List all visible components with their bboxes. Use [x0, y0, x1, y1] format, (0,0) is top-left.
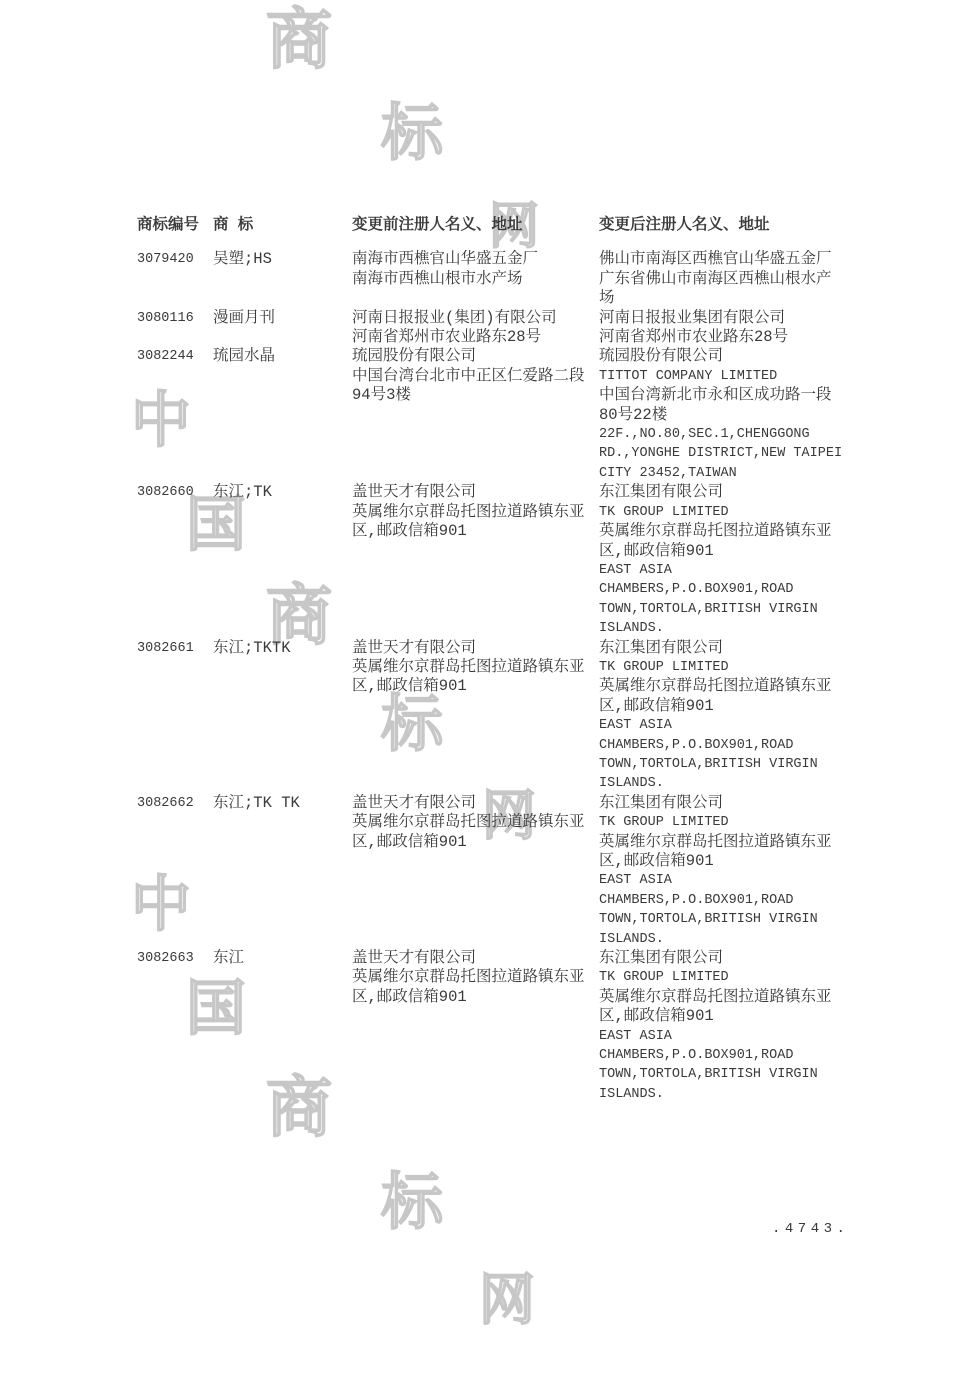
trademark-name: 吴塑;HS	[213, 250, 352, 269]
table-row: 3082663东江盖世天才有限公司英属维尔京群岛托图拉道路镇东亚区,邮政信箱90…	[137, 949, 834, 1104]
before-registrant-line: 区,邮政信箱901	[352, 677, 599, 696]
table-row: 3082244琉园水晶琉园股份有限公司中国台湾台北市中正区仁爱路二段94号3楼琉…	[137, 347, 834, 483]
watermark-biao: 标	[381, 107, 443, 169]
before-registrant-line: 盖世天才有限公司	[352, 949, 599, 968]
before-registrant-cell: 河南日报报业(集团)有限公司河南省郑州市农业路东28号	[352, 309, 599, 348]
after-registrant-line: EAST ASIA	[599, 1027, 834, 1046]
trademark-number-cell: 3079420	[137, 250, 213, 308]
after-registrant-line: 广东省佛山市南海区西樵山根水产	[599, 270, 834, 289]
before-registrant-cell: 盖世天才有限公司英属维尔京群岛托图拉道路镇东亚区,邮政信箱901	[352, 949, 599, 1104]
after-registrant-line: TOWN,TORTOLA,BRITISH VIRGIN	[599, 755, 834, 774]
after-registrant-line: 东江集团有限公司	[599, 949, 834, 968]
after-registrant-cell: 东江集团有限公司TK GROUP LIMITED英属维尔京群岛托图拉道路镇东亚区…	[599, 949, 834, 1104]
trademark-number-cell: 3082660	[137, 483, 213, 638]
before-registrant-line: 中国台湾台北市中正区仁爱路二段	[352, 367, 599, 386]
after-registrant-line: ISLANDS.	[599, 619, 834, 638]
column-header-after-registrant: 变更后注册人名义、地址	[599, 216, 834, 235]
before-registrant-line: 英属维尔京群岛托图拉道路镇东亚	[352, 968, 599, 987]
before-registrant-line: 英属维尔京群岛托图拉道路镇东亚	[352, 813, 599, 832]
before-registrant-line: 94号3楼	[352, 386, 599, 405]
after-registrant-line: 区,邮政信箱901	[599, 542, 834, 561]
before-registrant-line: 英属维尔京群岛托图拉道路镇东亚	[352, 503, 599, 522]
before-registrant-cell: 琉园股份有限公司中国台湾台北市中正区仁爱路二段94号3楼	[352, 347, 599, 483]
trademark-number-cell: 3082661	[137, 639, 213, 794]
table-header-row: 商标编号 商 标 变更前注册人名义、地址 变更后注册人名义、地址	[137, 216, 834, 235]
trademark-number-cell: 3082244	[137, 347, 213, 483]
before-registrant-line: 盖世天才有限公司	[352, 639, 599, 658]
after-registrant-line: TK GROUP LIMITED	[599, 813, 834, 832]
after-registrant-line: 场	[599, 289, 834, 308]
after-registrant-cell: 东江集团有限公司TK GROUP LIMITED英属维尔京群岛托图拉道路镇东亚区…	[599, 794, 834, 949]
after-registrant-line: 英属维尔京群岛托图拉道路镇东亚	[599, 522, 834, 541]
after-registrant-line: ISLANDS.	[599, 1085, 834, 1104]
trademark-name: 东江;TKTK	[213, 639, 352, 658]
trademark-name-cell: 琉园水晶	[213, 347, 352, 483]
table-body: 3079420吴塑;HS南海市西樵官山华盛五金厂南海市西樵山根市水产场佛山市南海…	[137, 250, 834, 1104]
trademark-name: 漫画月刊	[213, 309, 352, 328]
before-registrant-line: 琉园股份有限公司	[352, 347, 599, 366]
column-header-trademark-number: 商标编号	[137, 216, 213, 235]
before-registrant-cell: 南海市西樵官山华盛五金厂南海市西樵山根市水产场	[352, 250, 599, 308]
table-row: 3082662东江;TK TK盖世天才有限公司英属维尔京群岛托图拉道路镇东亚区,…	[137, 794, 834, 949]
after-registrant-line: ISLANDS.	[599, 930, 834, 949]
after-registrant-line: 区,邮政信箱901	[599, 697, 834, 716]
before-registrant-line: 区,邮政信箱901	[352, 833, 599, 852]
after-registrant-cell: 佛山市南海区西樵官山华盛五金厂广东省佛山市南海区西樵山根水产场	[599, 250, 834, 308]
before-registrant-line: 盖世天才有限公司	[352, 794, 599, 813]
table-row: 3082661东江;TKTK盖世天才有限公司英属维尔京群岛托图拉道路镇东亚区,邮…	[137, 639, 834, 794]
after-registrant-line: CHAMBERS,P.O.BOX901,ROAD	[599, 891, 834, 910]
trademark-number: 3082244	[137, 347, 213, 366]
trademark-number-cell: 3082663	[137, 949, 213, 1104]
after-registrant-line: 区,邮政信箱901	[599, 852, 834, 871]
trademark-name-cell: 吴塑;HS	[213, 250, 352, 308]
before-registrant-line: 区,邮政信箱901	[352, 988, 599, 1007]
after-registrant-line: 河南日报报业集团有限公司	[599, 309, 834, 328]
trademark-number-cell: 3080116	[137, 309, 213, 348]
after-registrant-line: 东江集团有限公司	[599, 794, 834, 813]
after-registrant-line: 东江集团有限公司	[599, 639, 834, 658]
trademark-number: 3082660	[137, 483, 213, 502]
after-registrant-cell: 琉园股份有限公司TITTOT COMPANY LIMITED中国台湾新北市永和区…	[599, 347, 834, 483]
after-registrant-line: 英属维尔京群岛托图拉道路镇东亚	[599, 677, 834, 696]
after-registrant-line: TK GROUP LIMITED	[599, 503, 834, 522]
gazette-page: 商标网中国商标网中国商标网 商标编号 商 标 变更前注册人名义、地址 变更后注册…	[0, 0, 980, 1400]
after-registrant-line: CHAMBERS,P.O.BOX901,ROAD	[599, 580, 834, 599]
trademark-name-cell: 东江;TK TK	[213, 794, 352, 949]
trademark-name: 琉园水晶	[213, 347, 352, 366]
after-registrant-line: CHAMBERS,P.O.BOX901,ROAD	[599, 1046, 834, 1065]
before-registrant-cell: 盖世天才有限公司英属维尔京群岛托图拉道路镇东亚区,邮政信箱901	[352, 639, 599, 794]
after-registrant-line: EAST ASIA	[599, 871, 834, 890]
column-header-trademark-name: 商 标	[213, 216, 352, 235]
after-registrant-line: TITTOT COMPANY LIMITED	[599, 367, 834, 386]
after-registrant-line: 中国台湾新北市永和区成功路一段	[599, 386, 834, 405]
trademark-number-cell: 3082662	[137, 794, 213, 949]
trademark-name-cell: 东江;TKTK	[213, 639, 352, 794]
after-registrant-line: 琉园股份有限公司	[599, 347, 834, 366]
after-registrant-line: 佛山市南海区西樵官山华盛五金厂	[599, 250, 834, 269]
trademark-number: 3079420	[137, 250, 213, 269]
before-registrant-line: 英属维尔京群岛托图拉道路镇东亚	[352, 658, 599, 677]
trademark-number: 3080116	[137, 309, 213, 328]
trademark-name: 东江	[213, 949, 352, 968]
before-registrant-line: 河南省郑州市农业路东28号	[352, 328, 599, 347]
trademark-number: 3082662	[137, 794, 213, 813]
table-row: 3082660东江;TK盖世天才有限公司英属维尔京群岛托图拉道路镇东亚区,邮政信…	[137, 483, 834, 638]
before-registrant-cell: 盖世天才有限公司英属维尔京群岛托图拉道路镇东亚区,邮政信箱901	[352, 483, 599, 638]
trademark-change-table: 商标编号 商 标 变更前注册人名义、地址 变更后注册人名义、地址 3079420…	[137, 216, 834, 1104]
after-registrant-cell: 东江集团有限公司TK GROUP LIMITED英属维尔京群岛托图拉道路镇东亚区…	[599, 483, 834, 638]
after-registrant-line: 河南省郑州市农业路东28号	[599, 328, 834, 347]
trademark-name: 东江;TK	[213, 483, 352, 502]
watermark-shang: 商	[266, 12, 332, 78]
table-row: 3080116漫画月刊河南日报报业(集团)有限公司河南省郑州市农业路东28号河南…	[137, 309, 834, 348]
page-number: .4743.	[772, 1221, 849, 1237]
before-registrant-line: 南海市西樵山根市水产场	[352, 270, 599, 289]
table-row: 3079420吴塑;HS南海市西樵官山华盛五金厂南海市西樵山根市水产场佛山市南海…	[137, 250, 834, 308]
after-registrant-cell: 河南日报报业集团有限公司河南省郑州市农业路东28号	[599, 309, 834, 348]
after-registrant-line: CITY 23452,TAIWAN	[599, 464, 834, 483]
after-registrant-line: TK GROUP LIMITED	[599, 968, 834, 987]
after-registrant-line: EAST ASIA	[599, 716, 834, 735]
after-registrant-line: 英属维尔京群岛托图拉道路镇东亚	[599, 833, 834, 852]
after-registrant-line: EAST ASIA	[599, 561, 834, 580]
after-registrant-line: 22F.,NO.80,SEC.1,CHENGGONG	[599, 425, 834, 444]
after-registrant-line: RD.,YONGHE DISTRICT,NEW TAIPEI	[599, 444, 834, 463]
after-registrant-line: TOWN,TORTOLA,BRITISH VIRGIN	[599, 600, 834, 619]
after-registrant-line: TK GROUP LIMITED	[599, 658, 834, 677]
column-header-before-registrant: 变更前注册人名义、地址	[352, 216, 599, 235]
before-registrant-line: 南海市西樵官山华盛五金厂	[352, 250, 599, 269]
trademark-name-cell: 东江;TK	[213, 483, 352, 638]
after-registrant-line: 80号22楼	[599, 406, 834, 425]
after-registrant-line: 英属维尔京群岛托图拉道路镇东亚	[599, 988, 834, 1007]
trademark-name: 东江;TK TK	[213, 794, 352, 813]
after-registrant-line: TOWN,TORTOLA,BRITISH VIRGIN	[599, 1065, 834, 1084]
trademark-name-cell: 东江	[213, 949, 352, 1104]
watermark-biao: 标	[381, 1176, 443, 1238]
trademark-number: 3082663	[137, 949, 213, 968]
trademark-number: 3082661	[137, 639, 213, 658]
after-registrant-line: ISLANDS.	[599, 774, 834, 793]
trademark-name-cell: 漫画月刊	[213, 309, 352, 348]
before-registrant-line: 区,邮政信箱901	[352, 522, 599, 541]
before-registrant-line: 河南日报报业(集团)有限公司	[352, 309, 599, 328]
after-registrant-line: CHAMBERS,P.O.BOX901,ROAD	[599, 736, 834, 755]
before-registrant-line: 盖世天才有限公司	[352, 483, 599, 502]
after-registrant-cell: 东江集团有限公司TK GROUP LIMITED英属维尔京群岛托图拉道路镇东亚区…	[599, 639, 834, 794]
after-registrant-line: 区,邮政信箱901	[599, 1007, 834, 1026]
after-registrant-line: TOWN,TORTOLA,BRITISH VIRGIN	[599, 910, 834, 929]
watermark-wang: 网	[479, 1276, 535, 1332]
after-registrant-line: 东江集团有限公司	[599, 483, 834, 502]
before-registrant-cell: 盖世天才有限公司英属维尔京群岛托图拉道路镇东亚区,邮政信箱901	[352, 794, 599, 949]
